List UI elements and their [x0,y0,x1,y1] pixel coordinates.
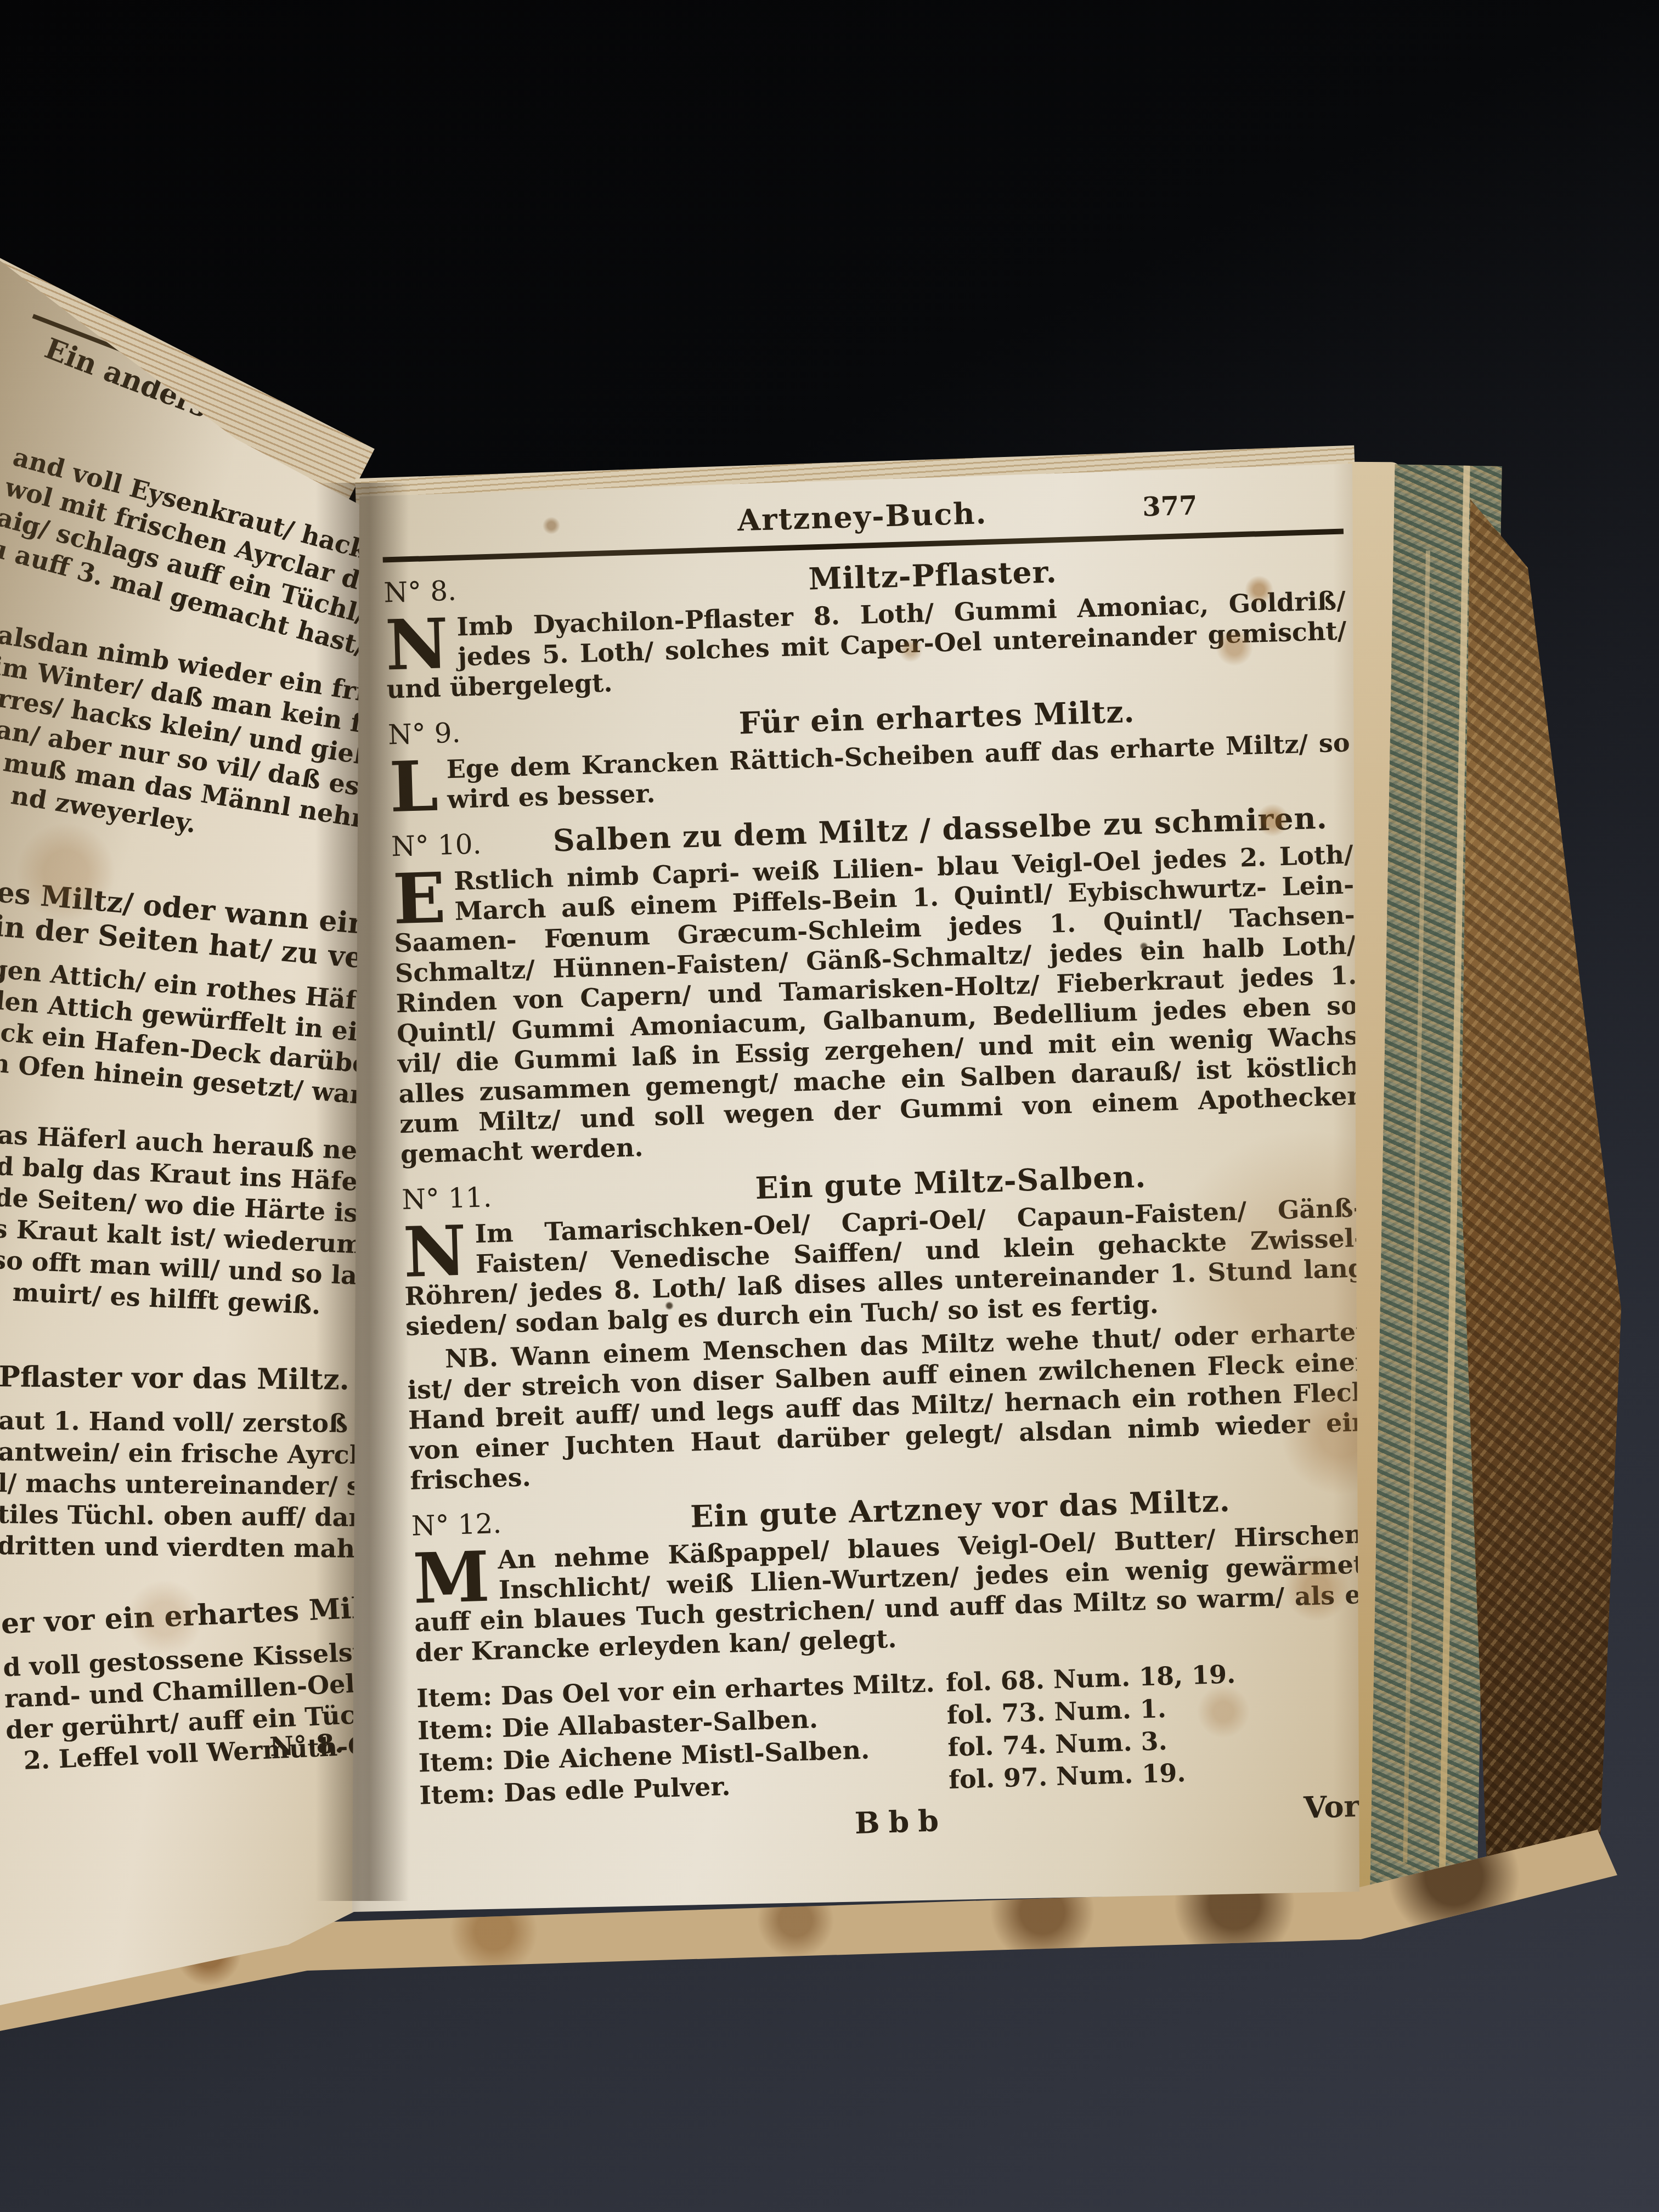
right-page: Artzney-Buch. 377 N° 8. Miltz-Pflaster. … [329,450,1372,1926]
drop-cap: L [389,759,439,815]
running-head: Artzney-Buch. 377 [381,485,1343,549]
section-10-body: ERstlich nimb Capri- weiß Lilien- blau V… [392,839,1362,1170]
left-paragraph-block-1: and voll Eysenkraut/ hacks klein/ Gerste… [0,441,368,656]
left-heading-1: Ein anders darvor. [18,323,348,477]
section-12: N° 12. Ein gute Artzney vor das Miltz. M… [411,1480,1376,1668]
section-number: N° 12. [411,1505,549,1543]
book-photo: tzney-Buch. Ein anders darvor. and voll … [0,0,1659,2212]
left-paragraph-block-2: alsdan nimb wieder ein frisches/ umb die… [0,619,369,863]
drop-cap: M [412,1550,490,1606]
page-number: 377 [1142,490,1198,522]
left-text-line: l/ machs untereinander/ streichs auff ei… [0,1468,371,1502]
section-number: N° 11. [401,1179,539,1217]
section-text: An nehme Käßpappel/ blaues Veigl-Oel/ Bu… [414,1519,1375,1668]
section-11-nota-bene: NB. Wann einem Menschen das Miltz wehe t… [406,1317,1371,1496]
left-page-header-block: tzney-Buch. Ein anders darvor. [18,279,365,477]
left-section-block-2: Pflaster vor das Miltz. aut 1. Hand voll… [0,1360,372,1565]
drop-cap: N [403,1224,467,1279]
running-title: Artzney-Buch. [737,495,988,538]
left-text-line: antwein/ ein frische Ayrclar/ wie auch e… [0,1436,371,1471]
section-9: N° 9. Für ein erhartes Miltz. LEge dem K… [387,688,1351,816]
section-text: Rstlich nimb Capri- weiß Lilien- blau Ve… [394,839,1361,1169]
fore-edge-marbled-band [1370,464,1502,1892]
left-text-line: aut 1. Hand voll/ zerstoß in einen Mörse… [0,1405,371,1440]
section-number: N° 9. [387,714,526,752]
left-page: tzney-Buch. Ein anders darvor. and voll … [0,236,384,2030]
section-number: N° 8. [383,572,522,610]
section-11: N° 11. Ein gute Miltz-Salben. NIm Tamari… [401,1153,1371,1496]
drop-cap: N [385,617,449,672]
leather-texture [1457,486,1627,1882]
section-12-body: MAn nehme Käßpappel/ blaues Veigl-Oel/ B… [412,1519,1376,1668]
section-text: Im Tamarischken-Oel/ Capri-Oel/ Capaun-F… [404,1193,1366,1341]
leather-binding [1457,486,1627,1882]
left-text-line: dritten und vierdten mahl/ ist bewehrt. [0,1530,370,1565]
left-heading-3: Pflaster vor das Miltz. [0,1360,372,1397]
drop-cap: E [392,871,447,926]
left-section-block-1: es Miltz/ oder wann einer ein harten Zel… [0,876,370,1110]
section-10: N° 10. Salben zu dem Miltz / dasselbe zu… [391,800,1362,1170]
section-number: N° 10. [391,826,529,864]
left-catchword: N° 8. [269,1728,345,1763]
section-11-body: NIm Tamarischken-Oel/ Capri-Oel/ Capaun-… [403,1193,1367,1342]
catchword: Vor [1304,1788,1360,1825]
fore-edge-streak [1438,466,1470,1892]
right-page-content: Artzney-Buch. 377 N° 8. Miltz-Pflaster. … [381,485,1382,1857]
left-text-line: tiles Tüchl. oben auff/ darnach legt man… [0,1499,371,1533]
cross-reference-list: Item: Das Oel vor ein erhartes Miltz. fo… [416,1654,1380,1812]
left-paragraph-block-3: as Häferl auch herauß nehmen/ laß überkü… [0,1119,371,1323]
section-8: N° 8. Miltz-Pflaster. NImb Dyachilon-Pfl… [383,546,1348,705]
fore-edge-streak [1403,550,1430,1863]
